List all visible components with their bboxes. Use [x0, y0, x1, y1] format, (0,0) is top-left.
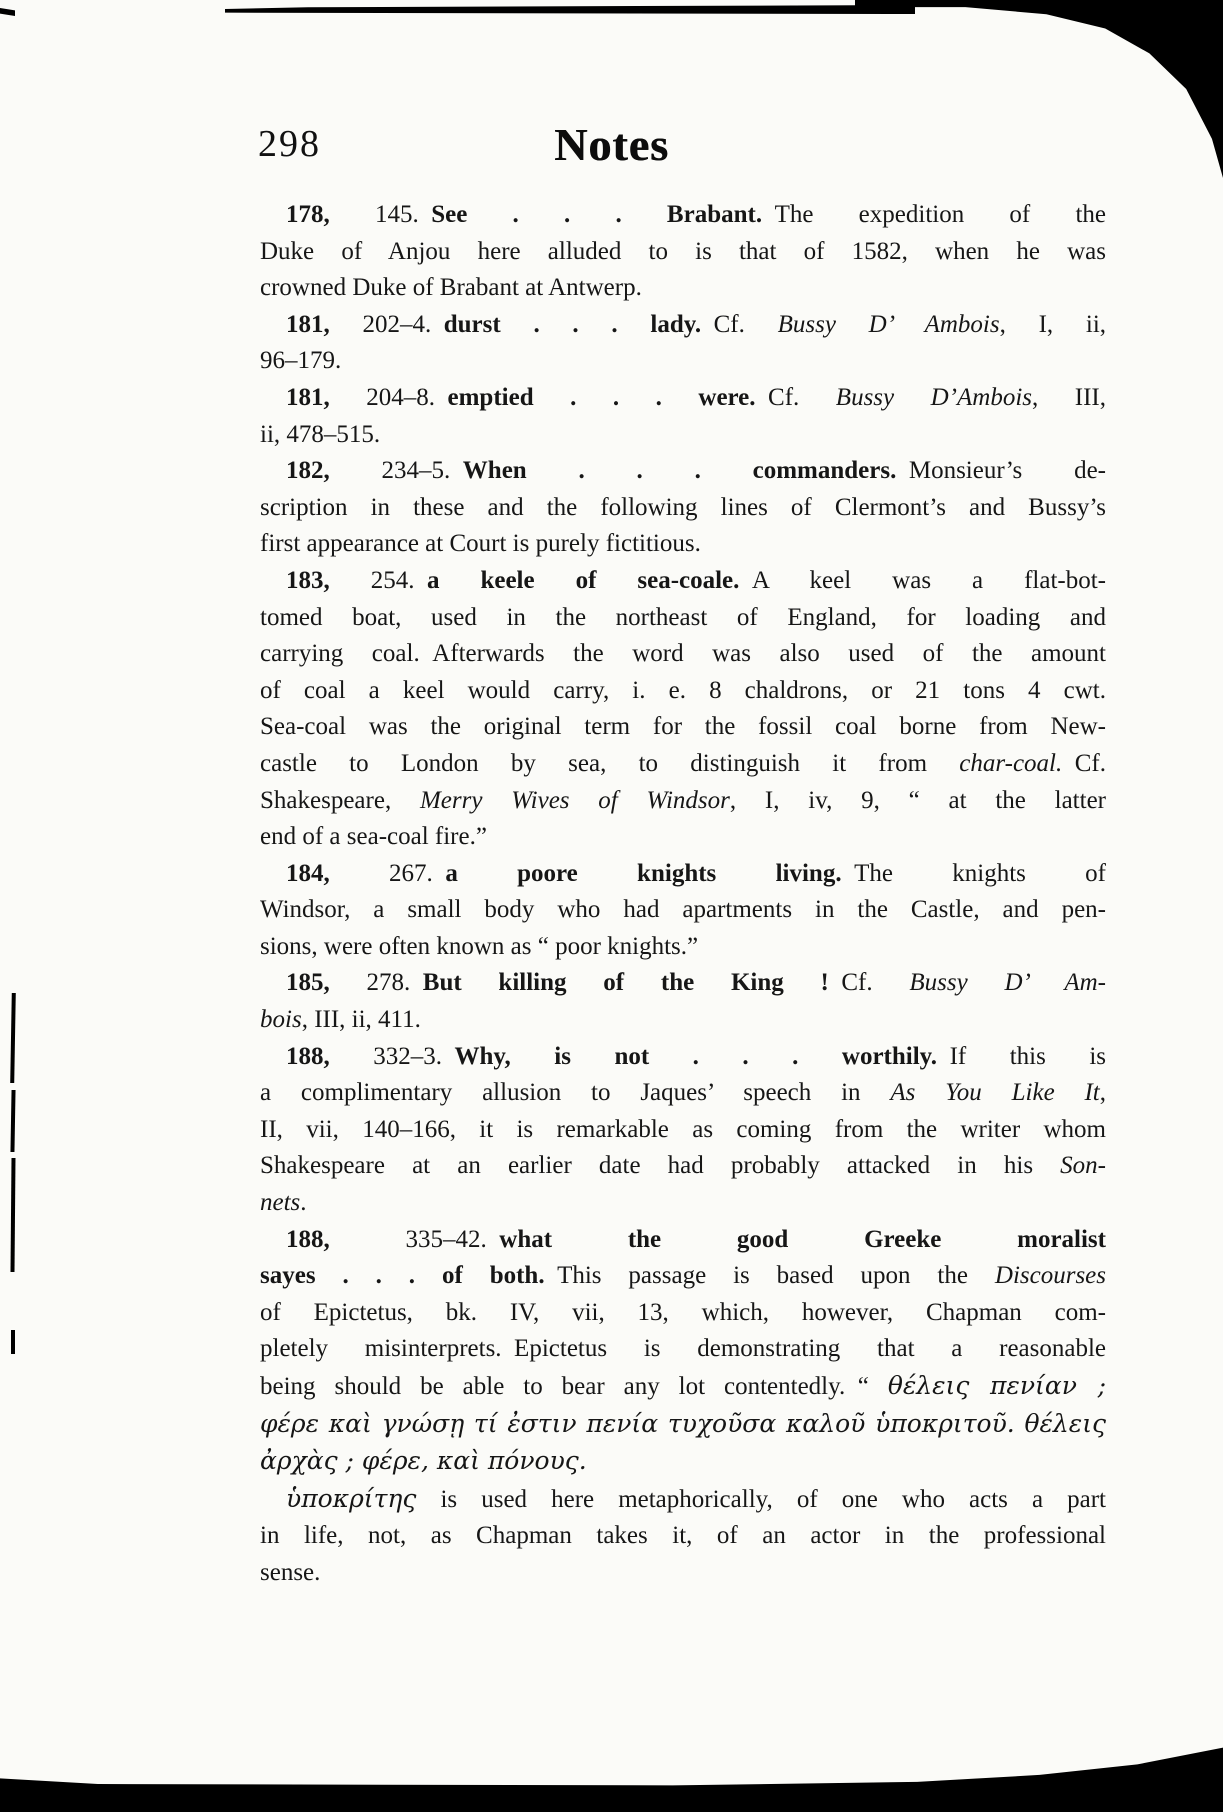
- note-line: scription in these and the following lin…: [260, 490, 1106, 527]
- scan-artifact-bottom-band: [0, 1742, 1223, 1812]
- note-line: 96–179.: [260, 343, 1106, 380]
- note-line: a complimentary allusion to Jaques’ spee…: [260, 1075, 1106, 1112]
- margin-mark: [11, 1158, 16, 1272]
- note-line: 182, 234–5. When . . . commanders. Monsi…: [260, 453, 1106, 490]
- note-line: Shakespeare, Merry Wives of Windsor, I, …: [260, 783, 1106, 820]
- note-line: φέρε καὶ γνώσῃ τί ἐστιν πενία τυχοῦσα κα…: [260, 1406, 1106, 1444]
- page-title: Notes: [0, 118, 1223, 171]
- note-paragraph: 184, 267. a poore knights living. The kn…: [260, 856, 1106, 966]
- note-paragraph: 181, 204–8. emptied . . . were. Cf. Buss…: [260, 380, 1106, 453]
- note-paragraph: 181, 202–4. durst . . . lady. Cf. Bussy …: [260, 307, 1106, 380]
- note-line: 188, 335–42. what the good Greeke morali…: [260, 1222, 1106, 1259]
- note-paragraph: 183, 254. a keele of sea-coale. A keel w…: [260, 563, 1106, 856]
- note-line: tomed boat, used in the northeast of Eng…: [260, 600, 1106, 637]
- note-line: sayes . . . of both. This passage is bas…: [260, 1258, 1106, 1295]
- note-paragraph: ὑποκρίτης is used here metaphorically, o…: [260, 1481, 1106, 1592]
- note-line: 178, 145. See . . . Brabant. The expedit…: [260, 197, 1106, 234]
- note-paragraph: 188, 335–42. what the good Greeke morali…: [260, 1222, 1106, 1481]
- note-line: 184, 267. a poore knights living. The kn…: [260, 856, 1106, 893]
- note-line: pletely misinterprets. Epictetus is demo…: [260, 1331, 1106, 1368]
- note-paragraph: 185, 278. But killing of the King ! Cf. …: [260, 965, 1106, 1038]
- margin-mark: [11, 1330, 15, 1354]
- note-paragraph: 182, 234–5. When . . . commanders. Monsi…: [260, 453, 1106, 563]
- note-line: nets.: [260, 1185, 1106, 1222]
- note-line: II, vii, 140–166, it is remarkable as co…: [260, 1112, 1106, 1149]
- note-paragraph: 178, 145. See . . . Brabant. The expedit…: [260, 197, 1106, 307]
- margin-mark: [10, 1090, 15, 1152]
- note-line: bois, III, ii, 411.: [260, 1002, 1106, 1039]
- note-line: ἀρχὰς ; φέρε, καὶ πόνους.: [260, 1443, 1106, 1481]
- note-line: ii, 478–515.: [260, 417, 1106, 454]
- scan-artifact-top-edge: [225, 5, 915, 14]
- note-line: being should be able to bear any lot con…: [260, 1368, 1106, 1406]
- note-line: crowned Duke of Brabant at Antwerp.: [260, 270, 1106, 307]
- note-line: Duke of Anjou here alluded to is that of…: [260, 234, 1106, 271]
- note-line: carrying coal. Afterwards the word was a…: [260, 636, 1106, 673]
- note-line: of Epictetus, bk. IV, vii, 13, which, ho…: [260, 1295, 1106, 1332]
- notes-text: 178, 145. See . . . Brabant. The expedit…: [260, 197, 1106, 1592]
- note-line: sense.: [260, 1555, 1106, 1592]
- note-line: 185, 278. But killing of the King ! Cf. …: [260, 965, 1106, 1002]
- note-line: 181, 204–8. emptied . . . were. Cf. Buss…: [260, 380, 1106, 417]
- note-line: 183, 254. a keele of sea-coale. A keel w…: [260, 563, 1106, 600]
- note-line: ὑποκρίτης is used here metaphorically, o…: [260, 1481, 1106, 1519]
- margin-mark: [10, 993, 16, 1083]
- note-line: first appearance at Court is purely fict…: [260, 526, 1106, 563]
- book-page: 298 Notes 178, 145. See . . . Brabant. T…: [0, 0, 1223, 1812]
- note-line: 188, 332–3. Why, is not . . . worthily. …: [260, 1039, 1106, 1076]
- note-line: end of a sea-coal fire.”: [260, 819, 1106, 856]
- note-paragraph: 188, 332–3. Why, is not . . . worthily. …: [260, 1039, 1106, 1222]
- note-line: 181, 202–4. durst . . . lady. Cf. Bussy …: [260, 307, 1106, 344]
- note-line: of coal a keel would carry, i. e. 8 chal…: [260, 673, 1106, 710]
- note-line: castle to London by sea, to distinguish …: [260, 746, 1106, 783]
- note-line: in life, not, as Chapman takes it, of an…: [260, 1518, 1106, 1555]
- scan-artifact-top-left-dash: [0, 8, 15, 16]
- note-line: Shakespeare at an earlier date had proba…: [260, 1148, 1106, 1185]
- note-line: sions, were often known as “ poor knight…: [260, 929, 1106, 966]
- note-line: Sea-coal was the original term for the f…: [260, 709, 1106, 746]
- note-line: Windsor, a small body who had apartments…: [260, 892, 1106, 929]
